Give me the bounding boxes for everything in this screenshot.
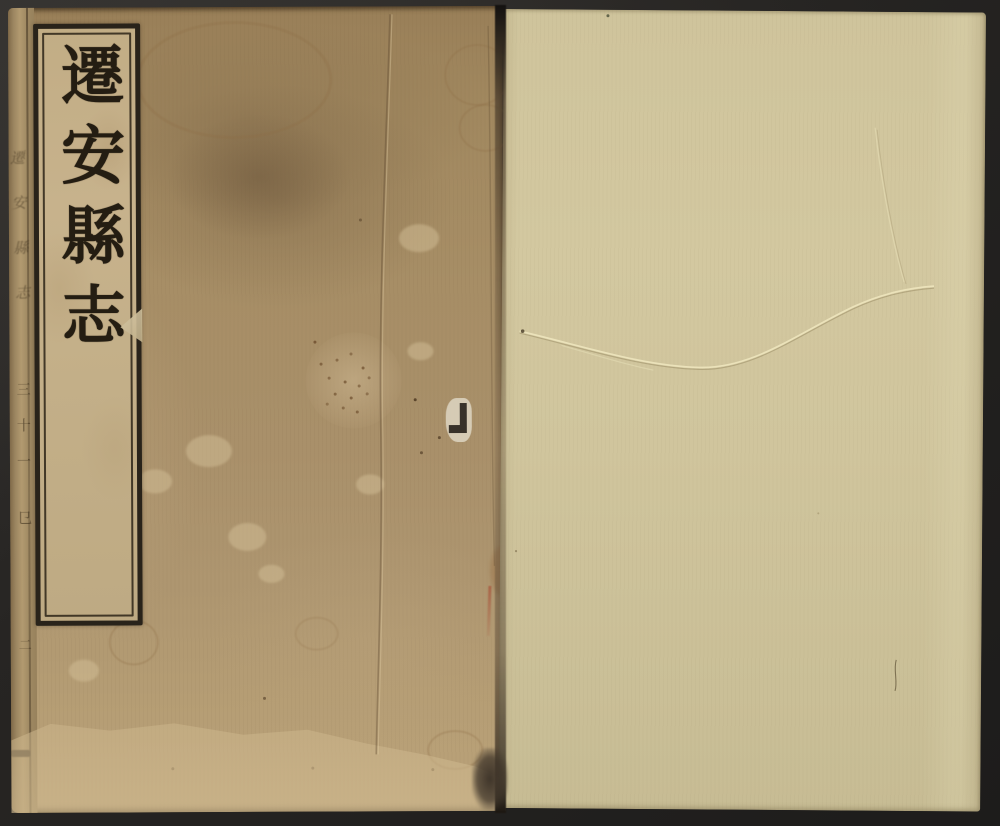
- photo-backdrop: 遷安縣志 三十一 㔾 二: [0, 0, 1000, 826]
- gutter-shadow: [495, 5, 506, 813]
- cover-crease-lines: [8, 6, 506, 813]
- book-cover: 遷安縣志 三十一 㔾 二: [8, 6, 506, 813]
- page-crease-lines: [498, 9, 986, 812]
- gutter-foot-stain: [472, 748, 508, 810]
- blank-page: [498, 9, 986, 812]
